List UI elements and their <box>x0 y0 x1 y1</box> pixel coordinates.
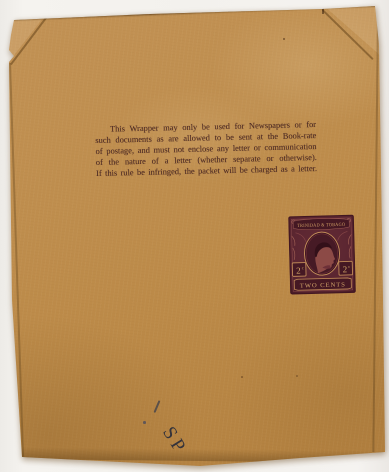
corner-crease-right <box>322 9 374 60</box>
foxing-speck <box>241 376 243 378</box>
foxing-speck <box>283 38 285 40</box>
corner-crease-left <box>10 16 47 65</box>
imprinted-stamp-svg: TRINIDAD & TOBAGO 2 <box>288 214 356 295</box>
corner-fold-highlight-right <box>322 5 384 59</box>
foxing-speck <box>296 375 298 377</box>
denomination-digit: 2 <box>343 264 348 274</box>
denomination-superscript: c <box>302 265 304 270</box>
paper-edge-shadow-bottom <box>16 447 384 463</box>
postal-wrapper-paper: This Wrapper may only be used for Newspa… <box>8 5 386 467</box>
ink-dot-mark <box>143 421 146 424</box>
denomination-superscript: c <box>348 264 350 269</box>
wrapper-instruction-text: This Wrapper may only be used for Newspa… <box>95 120 317 180</box>
stamp-value-ribbon: TWO CENTS <box>294 278 351 290</box>
denomination-words: TWO CENTS <box>300 281 346 289</box>
hinge-mark <box>322 5 324 14</box>
paper-edge-shadow-right <box>372 8 379 452</box>
imprinted-stamp: TRINIDAD & TOBAGO 2 <box>288 214 356 295</box>
stamp-value-tablet-right: 2 c <box>339 261 353 275</box>
stamp-value-tablet-left: 2 c <box>292 263 306 277</box>
wrapper-paper-shadow: This Wrapper may only be used for Newspa… <box>8 5 386 467</box>
scanned-photo: This Wrapper may only be used for Newspa… <box>0 0 389 472</box>
stamp-country-ribbon: TRINIDAD & TOBAGO <box>293 218 349 230</box>
denomination-digit: 2 <box>296 265 301 275</box>
paper-edge-shadow-left <box>9 63 24 457</box>
